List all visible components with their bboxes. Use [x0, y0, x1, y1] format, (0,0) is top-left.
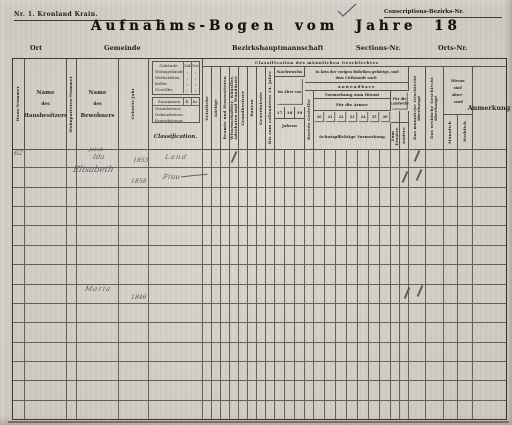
table-cell — [266, 188, 275, 206]
table-cell — [119, 381, 149, 399]
table-cell — [119, 304, 149, 322]
table-cell — [266, 304, 275, 322]
table-cell — [221, 149, 230, 167]
handwriting-klasse-r1: Land — [164, 153, 188, 161]
table-cell — [221, 343, 230, 361]
table-cell — [444, 149, 458, 167]
gebaeude-box: Gebäude: Zahl Ort. Wohngebäude„„ Werkstä… — [152, 61, 200, 95]
table-cell — [426, 168, 444, 186]
table-cell — [473, 285, 506, 303]
nachwuchs-alter: Im Alter von — [277, 79, 303, 105]
table-cell — [369, 304, 380, 322]
table-cell — [275, 207, 285, 225]
ort-label: Ort — [30, 44, 42, 52]
table-cell — [458, 343, 473, 361]
table-cell — [203, 246, 212, 264]
civil-group-header: In kein der vorigen Rubriken gehörige, u… — [305, 67, 409, 83]
table-cell — [409, 362, 426, 380]
table-cell — [67, 304, 77, 322]
table-row — [13, 265, 506, 284]
table-cell — [25, 323, 67, 341]
col-header-grundbesitzer: Grundbesitzer — [239, 67, 248, 149]
table-cell — [358, 304, 369, 322]
col-header-beamte: Beamte und Honoratioren — [221, 67, 230, 149]
table-cell — [212, 323, 221, 341]
table-cell — [347, 285, 358, 303]
table-cell — [25, 246, 67, 264]
col-header-hausbesitzer: Name des Hausbesitzers — [25, 59, 67, 149]
table-cell — [212, 168, 221, 186]
table-cell — [444, 381, 458, 399]
sections-nr-label: Sections-Nr. — [356, 44, 401, 52]
table-cell — [347, 381, 358, 399]
table-cell — [77, 304, 119, 322]
table-cell — [444, 168, 458, 186]
table-cell — [257, 168, 266, 186]
table-cell — [347, 226, 358, 244]
table-cell — [13, 188, 25, 206]
table-cell — [336, 226, 347, 244]
table-cell — [248, 323, 257, 341]
table-cell — [391, 381, 400, 399]
gebaeude-zahl-col: Zahl — [183, 62, 191, 69]
table-cell — [239, 304, 248, 322]
table-cell — [409, 381, 426, 399]
armee-age-24: 24 — [359, 112, 368, 122]
table-cell — [305, 188, 314, 206]
table-cell — [67, 362, 77, 380]
col-header-wissenschaftler: Wissenschaftler, Künstler, Advokaten und… — [230, 67, 239, 149]
table-cell — [314, 381, 325, 399]
table-cell — [257, 226, 266, 244]
table-cell — [409, 207, 426, 225]
classification-group-header: Classification des männlichen Geschlecht… — [203, 59, 506, 67]
table-row — [13, 304, 506, 323]
table-cell — [221, 323, 230, 341]
table-cell — [305, 207, 314, 225]
table-cell — [473, 168, 506, 186]
armee-header: Für die Armee — [314, 99, 391, 111]
table-cell — [305, 246, 314, 264]
table-cell — [275, 362, 285, 380]
table-cell — [347, 246, 358, 264]
table-cell — [13, 362, 25, 380]
table-cell — [314, 362, 325, 380]
table-cell — [25, 226, 67, 244]
col-header-gewerbsleute: Gewerbsleute — [257, 67, 266, 149]
table-cell — [347, 362, 358, 380]
table-cell — [358, 401, 369, 419]
table-cell — [380, 265, 391, 283]
table-cell — [358, 226, 369, 244]
table-cell — [239, 362, 248, 380]
table-cell — [336, 285, 347, 303]
table-cell — [314, 343, 325, 361]
table-cell — [347, 188, 358, 206]
anwendbare-header: Anwendbare — [305, 83, 409, 91]
table-cell — [221, 362, 230, 380]
table-cell — [257, 362, 266, 380]
col-header-adelige: Adelige — [212, 67, 221, 149]
table-cell — [369, 381, 380, 399]
table-cell — [203, 226, 212, 244]
table-cell — [473, 149, 506, 167]
table-cell — [305, 285, 314, 303]
table-cell — [13, 265, 25, 283]
table-cell — [305, 226, 314, 244]
table-cell — [426, 304, 444, 322]
table-cell — [248, 381, 257, 399]
table-cell — [257, 285, 266, 303]
table-cell — [25, 362, 67, 380]
table-cell — [248, 226, 257, 244]
table-cell — [285, 285, 295, 303]
table-cell — [266, 246, 275, 264]
table-cell — [358, 207, 369, 225]
col-header-haus-nummer: Haus-Nummer — [13, 59, 25, 149]
table-cell — [25, 188, 67, 206]
table-cell — [369, 265, 380, 283]
table-cell — [275, 188, 285, 206]
table-cell — [473, 401, 506, 419]
table-cell — [444, 401, 458, 419]
col-header-weiblich-total: Das weibliche Geschlecht überhaupt — [426, 67, 444, 149]
table-cell — [275, 226, 285, 244]
table-cell — [325, 381, 336, 399]
table-cell — [239, 149, 248, 167]
table-cell — [400, 207, 409, 225]
table-cell — [347, 149, 358, 167]
form-title: Aufnahms-Bogen vom Jahre 18 — [70, 18, 482, 34]
table-cell — [149, 343, 203, 361]
table-cell — [444, 362, 458, 380]
table-cell — [257, 323, 266, 341]
table-cell — [239, 381, 248, 399]
col-header-bereits-gestellte: Bereits Gestellte — [305, 91, 314, 149]
table-cell — [473, 188, 506, 206]
handwriting-name-r8: Maria — [84, 285, 112, 293]
table-cell — [444, 304, 458, 322]
table-cell — [400, 226, 409, 244]
table-cell — [314, 304, 325, 322]
table-cell — [266, 401, 275, 419]
table-cell — [248, 343, 257, 361]
table-cell — [285, 226, 295, 244]
table-cell — [314, 207, 325, 225]
table-cell — [391, 343, 400, 361]
table-cell — [275, 381, 285, 399]
table-cell — [248, 246, 257, 264]
table-cell — [380, 285, 391, 303]
table-row — [13, 343, 506, 362]
table-cell — [409, 401, 426, 419]
orts-nr-label: Orts-Nr. — [438, 44, 467, 52]
vormerkung-header: Vormerkung zum Dienst — [314, 91, 391, 99]
table-cell — [239, 226, 248, 244]
table-cell — [149, 285, 203, 303]
table-cell — [444, 246, 458, 264]
table-cell — [347, 168, 358, 186]
table-cell — [285, 246, 295, 264]
table-cell — [203, 304, 212, 322]
table-cell — [358, 188, 369, 206]
nachwuchs-age-17: 17 — [275, 107, 285, 119]
table-cell — [67, 343, 77, 361]
table-cell — [369, 149, 380, 167]
table-cell — [295, 246, 305, 264]
table-cell — [13, 343, 25, 361]
table-cell — [458, 168, 473, 186]
table-cell — [380, 188, 391, 206]
table-cell — [426, 285, 444, 303]
table-cell — [203, 401, 212, 419]
col-header-geburtsjahr: Geburts-Jahr — [119, 59, 149, 149]
table-cell — [230, 323, 239, 341]
table-cell — [325, 323, 336, 341]
table-cell — [149, 304, 203, 322]
steuern-fl-col: fl. — [183, 98, 191, 105]
table-cell — [257, 401, 266, 419]
table-cell — [67, 381, 77, 399]
table-cell — [369, 362, 380, 380]
table-cell — [409, 188, 426, 206]
table-cell — [77, 265, 119, 283]
table-cell — [347, 265, 358, 283]
table-cell — [248, 207, 257, 225]
table-cell — [248, 265, 257, 283]
handwriting-klasse-r2: Frau — [162, 173, 208, 181]
table-cell — [391, 285, 400, 303]
table-cell — [336, 265, 347, 283]
table-cell — [295, 381, 305, 399]
table-cell — [275, 265, 285, 283]
table-cell — [380, 362, 391, 380]
table-cell — [336, 168, 347, 186]
table-cell — [426, 381, 444, 399]
table-cell — [221, 265, 230, 283]
table-cell — [13, 168, 25, 186]
table-cell — [295, 304, 305, 322]
table-cell — [358, 246, 369, 264]
census-table: Haus-Nummer Name des Hausbesitzers Wohnp… — [12, 58, 507, 420]
table-cell — [400, 362, 409, 380]
table-cell — [336, 343, 347, 361]
table-cell — [230, 168, 239, 186]
table-cell — [391, 188, 400, 206]
table-cell — [221, 381, 230, 399]
table-cell — [230, 381, 239, 399]
table-body — [13, 149, 506, 419]
table-cell — [212, 246, 221, 264]
table-cell — [266, 343, 275, 361]
table-cell — [369, 188, 380, 206]
table-cell — [285, 323, 295, 341]
table-cell — [275, 304, 285, 322]
table-cell — [369, 401, 380, 419]
table-cell — [305, 343, 314, 361]
table-cell — [305, 265, 314, 283]
table-cell — [295, 323, 305, 341]
table-cell — [369, 246, 380, 264]
table-cell — [336, 188, 347, 206]
col-header-abwesend-weiblich: Weiblich — [458, 115, 473, 149]
table-cell — [400, 323, 409, 341]
table-cell — [391, 168, 400, 186]
table-cell — [212, 304, 221, 322]
table-cell — [336, 323, 347, 341]
table-row — [13, 188, 506, 207]
table-cell — [444, 343, 458, 361]
table-cell — [230, 265, 239, 283]
table-cell — [149, 323, 203, 341]
table-cell — [358, 362, 369, 380]
nachwuchs-age-18: 18 — [285, 107, 295, 119]
table-cell — [257, 207, 266, 225]
table-cell — [458, 149, 473, 167]
table-cell — [426, 343, 444, 361]
table-cell — [239, 343, 248, 361]
table-cell — [239, 265, 248, 283]
table-cell — [25, 149, 67, 167]
table-cell — [275, 285, 285, 303]
table-cell — [369, 323, 380, 341]
table-cell — [119, 265, 149, 283]
table-cell — [444, 285, 458, 303]
table-cell — [149, 381, 203, 399]
armee-age-26: 26 — [381, 112, 390, 122]
table-cell — [426, 401, 444, 419]
table-cell — [67, 323, 77, 341]
landwehr-cell-1 — [391, 111, 400, 123]
table-cell — [295, 265, 305, 283]
table-cell — [257, 265, 266, 283]
table-cell — [473, 343, 506, 361]
table-cell — [458, 381, 473, 399]
table-cell — [25, 343, 67, 361]
table-cell — [380, 226, 391, 244]
table-cell — [391, 207, 400, 225]
table-cell — [444, 323, 458, 341]
table-cell — [295, 226, 305, 244]
table-row — [13, 381, 506, 400]
col-header-maennlich-total: Das männliche Geschlecht überhaupt — [409, 67, 426, 149]
table-cell — [426, 362, 444, 380]
table-cell — [212, 149, 221, 167]
table-cell — [473, 265, 506, 283]
table-cell — [336, 149, 347, 167]
table-cell — [25, 285, 67, 303]
table-cell — [266, 265, 275, 283]
table-cell — [409, 304, 426, 322]
armee-age-20: 20 — [315, 112, 324, 122]
table-cell — [239, 401, 248, 419]
table-cell — [295, 401, 305, 419]
nachwuchs-header: Nachwuchs — [275, 67, 305, 77]
table-cell — [285, 188, 295, 206]
table-cell — [426, 246, 444, 264]
table-cell — [380, 207, 391, 225]
table-cell — [119, 323, 149, 341]
table-cell — [358, 285, 369, 303]
table-cell — [380, 381, 391, 399]
table-cell — [212, 207, 221, 225]
table-cell — [13, 246, 25, 264]
table-cell — [285, 401, 295, 419]
steuern-title: Zusammen — [153, 98, 183, 105]
table-cell — [400, 149, 409, 167]
table-cell — [67, 207, 77, 225]
armee-age-25: 25 — [370, 112, 379, 122]
table-cell — [203, 343, 212, 361]
table-cell — [25, 381, 67, 399]
table-cell — [409, 226, 426, 244]
table-cell — [67, 265, 77, 283]
table-cell — [266, 207, 275, 225]
table-cell — [426, 323, 444, 341]
table-cell — [212, 265, 221, 283]
table-cell — [239, 188, 248, 206]
table-cell — [473, 304, 506, 322]
col-header-abwesend-maennlich: Männlich — [444, 115, 458, 149]
table-cell — [325, 304, 336, 322]
table-cell — [295, 188, 305, 206]
landwehr-header: Für die Landwehr — [392, 93, 407, 110]
table-cell — [212, 381, 221, 399]
table-cell — [77, 188, 119, 206]
table-cell — [458, 226, 473, 244]
table-header: Haus-Nummer Name des Hausbesitzers Wohnp… — [13, 59, 506, 150]
table-cell — [119, 207, 149, 225]
table-cell — [221, 226, 230, 244]
table-cell — [67, 188, 77, 206]
table-cell — [149, 207, 203, 225]
schutzpflichtige-cell: Schutzpflichtige Vormerkung — [314, 123, 391, 149]
table-cell — [13, 285, 25, 303]
table-cell — [369, 285, 380, 303]
table-cell — [336, 401, 347, 419]
table-cell — [347, 343, 358, 361]
table-cell — [257, 304, 266, 322]
table-cell — [380, 401, 391, 419]
table-cell — [248, 304, 257, 322]
table-cell — [358, 149, 369, 167]
table-cell — [426, 207, 444, 225]
table-cell — [400, 381, 409, 399]
table-cell — [77, 207, 119, 225]
col-header-geeignete: Zum Ersatze Geeignete — [391, 123, 400, 149]
table-cell — [285, 265, 295, 283]
table-cell — [295, 285, 305, 303]
table-cell — [336, 304, 347, 322]
table-cell — [67, 401, 77, 419]
table-cell — [358, 168, 369, 186]
table-cell — [285, 343, 295, 361]
table-cell — [325, 246, 336, 264]
table-cell — [314, 246, 325, 264]
table-cell — [149, 362, 203, 380]
table-cell — [119, 362, 149, 380]
table-cell — [257, 246, 266, 264]
handwriting-name-r1: Ida — [92, 153, 105, 161]
table-cell — [369, 207, 380, 225]
table-cell — [325, 168, 336, 186]
table-cell — [149, 226, 203, 244]
table-cell — [25, 207, 67, 225]
table-cell — [266, 168, 275, 186]
table-cell — [325, 343, 336, 361]
table-cell — [257, 188, 266, 206]
table-cell — [391, 304, 400, 322]
